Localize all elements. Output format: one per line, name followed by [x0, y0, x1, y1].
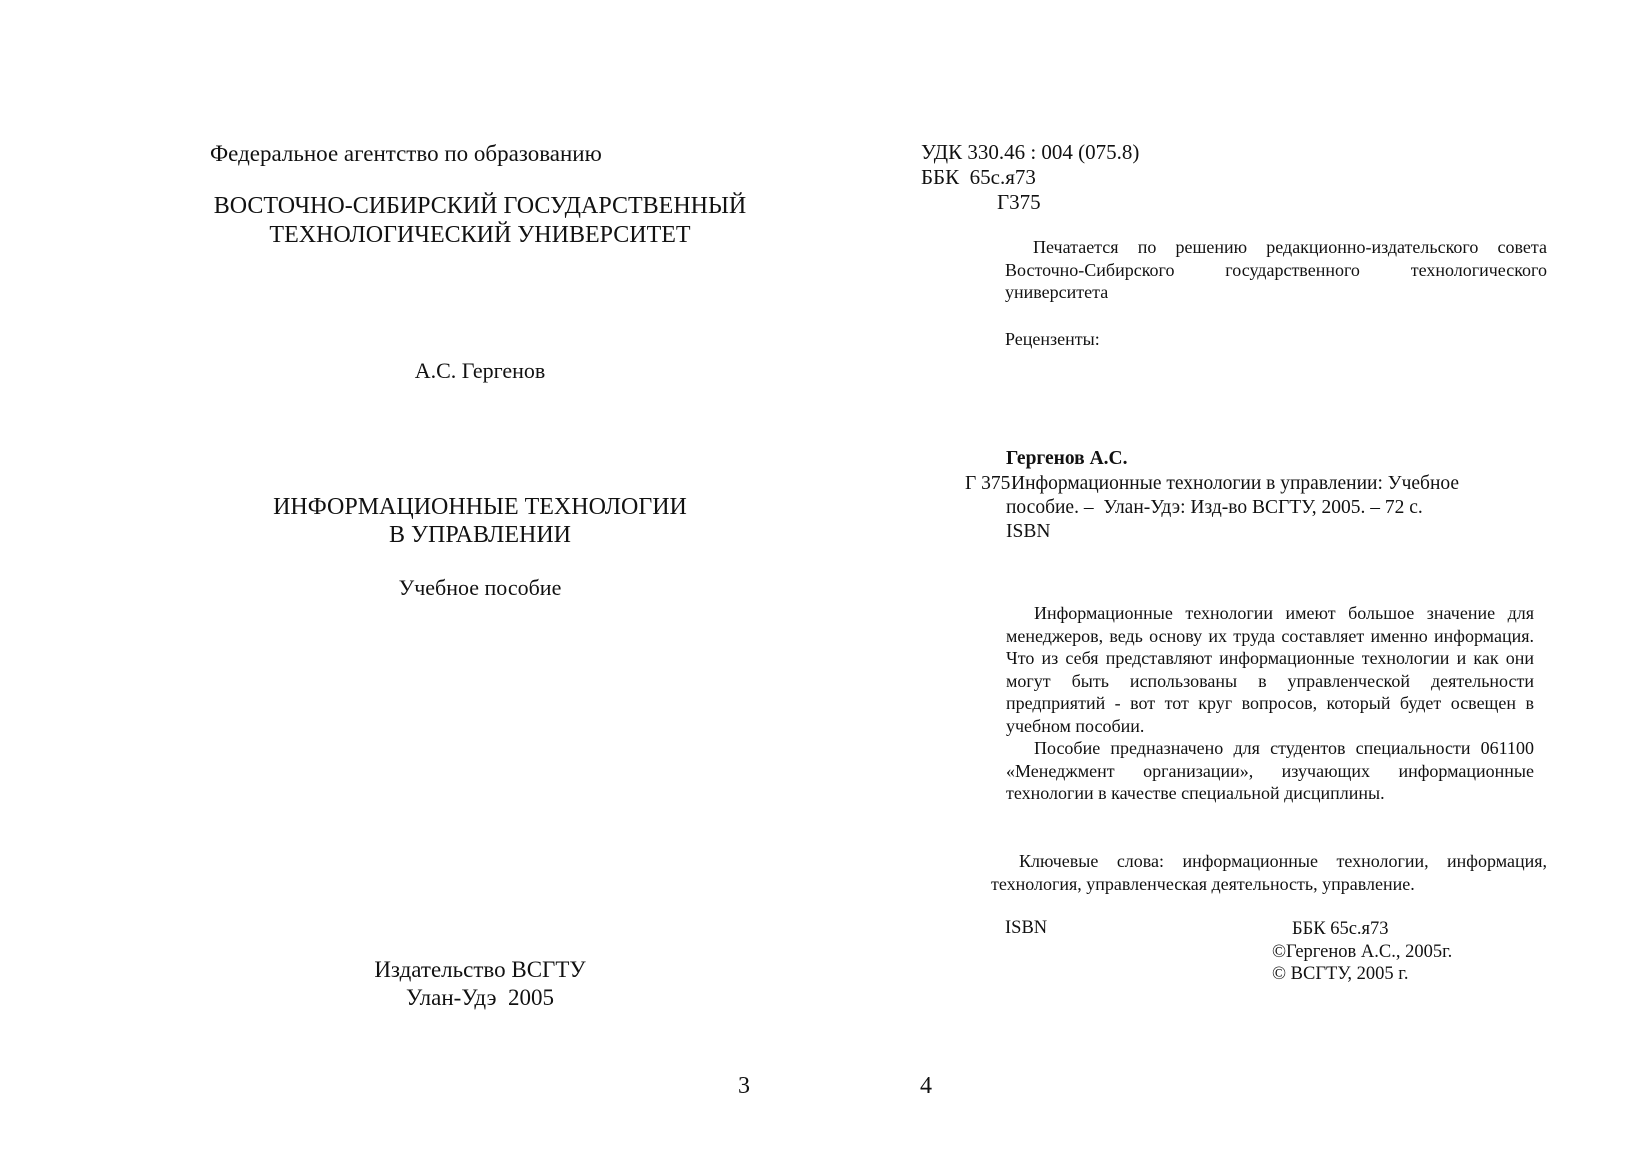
biblio-isbn: ISBN	[965, 520, 1541, 544]
copyright-publisher: © ВСГТУ, 2005 г.	[1272, 963, 1452, 986]
abstract: Информационные технологии имеют большое …	[1006, 602, 1534, 805]
bbk-code: ББК 65с.я73	[921, 165, 1139, 190]
copyright-author: ©Гергенов А.С., 2005г.	[1272, 941, 1452, 964]
council-note: Печатается по решению редакционно-издате…	[1005, 236, 1547, 304]
copyright-block: ББК 65с.я73 ©Гергенов А.С., 2005г. © ВСГ…	[1272, 918, 1452, 986]
reviewers-label: Рецензенты:	[1005, 329, 1100, 350]
biblio-line-1: Информационные технологии в управлении: …	[1007, 472, 1541, 496]
abstract-paragraph-1: Информационные технологии имеют большое …	[1006, 602, 1534, 737]
keywords: Ключевые слова: информационные технологи…	[991, 850, 1547, 895]
abstract-paragraph-2: Пособие предназначено для студентов спец…	[1006, 737, 1534, 805]
author-mark: Г375	[921, 190, 1139, 215]
biblio-author: Гергенов А.С.	[1006, 448, 1128, 470]
udk-code: УДК 330.46 : 004 (075.8)	[921, 140, 1139, 165]
biblio-code: Г 375	[965, 472, 1007, 496]
council-text: Печатается по решению редакционно-издате…	[1005, 237, 1547, 302]
isbn-label: ISBN	[1005, 918, 1047, 939]
classification-block: УДК 330.46 : 004 (075.8) ББК 65с.я73 Г37…	[921, 140, 1139, 215]
biblio-line-2: пособие. – Улан-Удэ: Изд-во ВСГТУ, 2005.…	[965, 496, 1541, 520]
right-page: УДК 330.46 : 004 (075.8) ББК 65с.я73 Г37…	[0, 0, 1650, 1166]
page-number-right: 4	[920, 1073, 932, 1100]
copyright-bbk: ББК 65с.я73	[1272, 918, 1452, 941]
bibliographic-record: Г 375 Информационные технологии в управл…	[965, 472, 1541, 544]
